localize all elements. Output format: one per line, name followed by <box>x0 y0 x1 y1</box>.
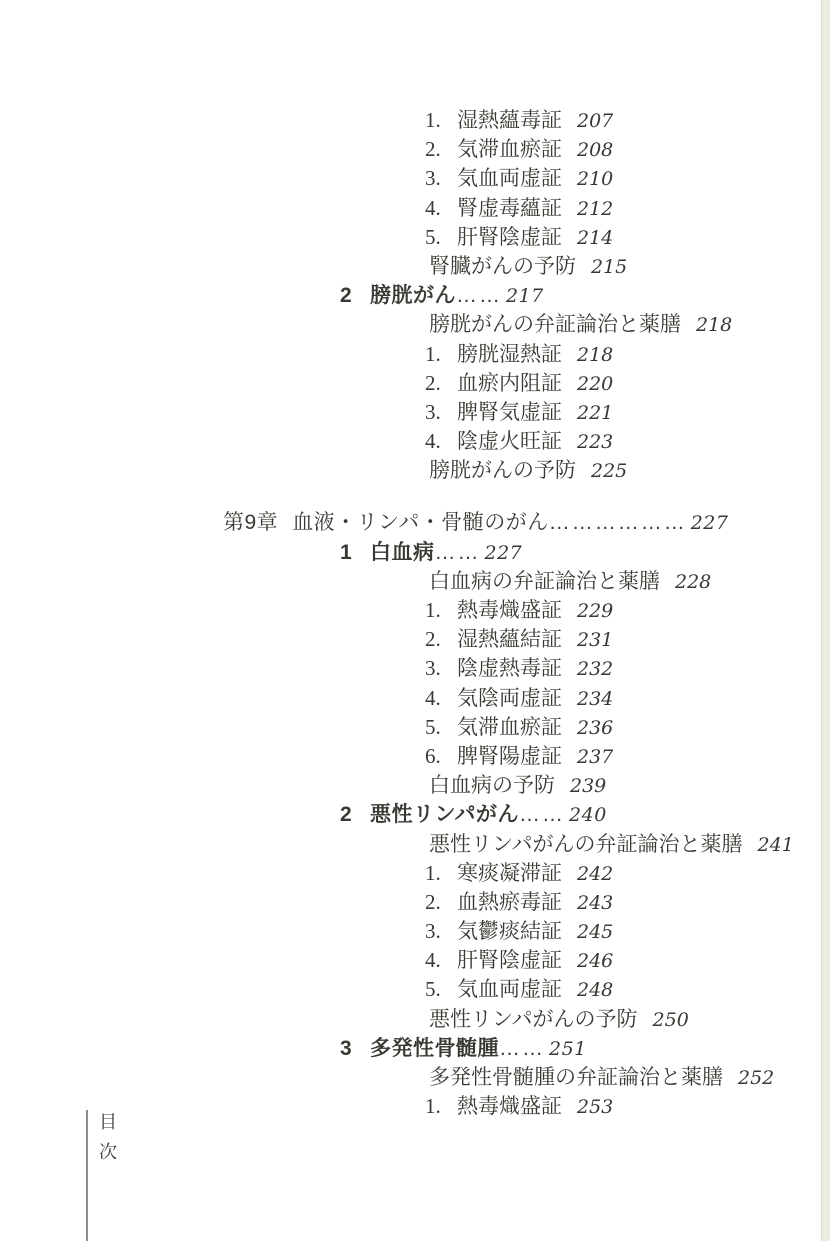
entry-title: 血液・リンパ・骨髄のがん <box>292 511 549 534</box>
toc-entry-plain: 白血病の予防239 <box>0 771 822 800</box>
toc-spacer <box>0 485 822 508</box>
entry-page-number: 248 <box>577 979 613 1001</box>
toc-entry-item: 2.気滞血瘀証208 <box>0 135 822 164</box>
entry-page-number: 236 <box>577 717 613 739</box>
entry-page-number: 217 <box>506 285 544 307</box>
entry-title: 悪性リンパがんの予防 <box>429 1007 638 1031</box>
toc-entry-item: 3.脾腎気虚証221 <box>0 398 822 427</box>
book-toc-page: 1.湿熱蘊毒証2072.気滞血瘀証2083.気血両虚証2104.腎虚毒蘊証212… <box>0 0 830 1241</box>
entry-title: 血熱瘀毒証 <box>457 890 562 914</box>
entry-page-number: 253 <box>577 1096 613 1118</box>
entry-number: 3 <box>340 1034 370 1063</box>
entry-title: 肝腎陰虚証 <box>457 948 562 972</box>
entry-page-number: 227 <box>485 542 523 564</box>
toc-entry-item: 4.肝腎陰虚証246 <box>0 946 822 975</box>
entry-page-number: 207 <box>577 110 613 132</box>
entry-number: 3. <box>425 398 457 427</box>
entry-page-number: 232 <box>577 658 613 680</box>
entry-number: 3. <box>425 654 457 683</box>
entry-title: 気鬱痰結証 <box>457 919 562 943</box>
entry-page-number: 246 <box>577 950 613 972</box>
entry-number: 1. <box>425 340 457 369</box>
entry-number: 2. <box>425 625 457 654</box>
entry-title: 脾腎気虚証 <box>457 400 562 424</box>
entry-number: 6. <box>425 742 457 771</box>
toc-entry-plain: 悪性リンパがんの予防250 <box>0 1005 822 1034</box>
entry-title: 気滞血瘀証 <box>457 715 562 739</box>
entry-number: 2. <box>425 369 457 398</box>
toc-entry-item: 5.気血両虚証248 <box>0 975 822 1004</box>
entry-title: 腎虚毒蘊証 <box>457 196 562 220</box>
entry-title: 気滞血瘀証 <box>457 137 562 161</box>
toc-entry-plain: 膀胱がんの弁証論治と薬膳218 <box>0 310 822 339</box>
entry-title: 悪性リンパがんの弁証論治と薬膳 <box>429 832 743 856</box>
toc-entry-section: 2膀胱がん……217 <box>0 281 822 310</box>
toc-entry-plain: 悪性リンパがんの弁証論治と薬膳241 <box>0 830 822 859</box>
entry-title: 膀胱湿熱証 <box>457 342 562 366</box>
entry-number: 3. <box>425 917 457 946</box>
toc-entry-item: 1.膀胱湿熱証218 <box>0 340 822 369</box>
entry-page-number: 237 <box>577 746 613 768</box>
entry-number: 2. <box>425 888 457 917</box>
entry-title: 陰虚熱毒証 <box>457 656 562 680</box>
page-edge-band <box>821 0 830 1241</box>
entry-page-number: 231 <box>577 629 613 651</box>
entry-page-number: 229 <box>577 600 613 622</box>
entry-page-number: 242 <box>577 863 613 885</box>
entry-number: 1. <box>425 596 457 625</box>
toc-entry-item: 1.熱毒熾盛証229 <box>0 596 822 625</box>
entry-page-number: 239 <box>570 775 606 797</box>
entry-number: 1. <box>425 1092 457 1121</box>
entry-title: 血瘀内阻証 <box>457 371 562 395</box>
entry-number: 第9章 <box>223 508 278 537</box>
entry-title: 悪性リンパがん <box>370 803 519 826</box>
entry-page-number: 225 <box>591 460 627 482</box>
dot-leader: …… <box>519 803 565 826</box>
entry-title: 白血病の弁証論治と薬膳 <box>429 569 660 593</box>
entry-title: 白血病の予防 <box>429 773 555 797</box>
entry-title: 気陰両虚証 <box>457 686 562 710</box>
entry-title: 気血両虚証 <box>457 166 562 190</box>
entry-title: 湿熱蘊結証 <box>457 627 562 651</box>
entry-title: 膀胱がんの予防 <box>429 458 576 482</box>
dot-leader: …… <box>499 1037 545 1060</box>
toc-entry-item: 3.陰虚熱毒証232 <box>0 654 822 683</box>
entry-page-number: 218 <box>696 314 732 336</box>
toc-entry-item: 2.湿熱蘊結証231 <box>0 625 822 654</box>
entry-page-number: 241 <box>758 834 794 856</box>
toc-entry-item: 2.血瘀内阻証220 <box>0 369 822 398</box>
toc-list: 1.湿熱蘊毒証2072.気滞血瘀証2083.気血両虚証2104.腎虚毒蘊証212… <box>0 106 822 1121</box>
toc-entry-item: 4.陰虚火旺証223 <box>0 427 822 456</box>
entry-title: 熱毒熾盛証 <box>457 1094 562 1118</box>
toc-entry-section: 2悪性リンパがん……240 <box>0 800 822 829</box>
entry-number: 4. <box>425 427 457 456</box>
toc-entry-chapter: 第9章血液・リンパ・骨髄のがん………………227 <box>0 508 822 537</box>
toc-entry-item: 6.脾腎陽虚証237 <box>0 742 822 771</box>
entry-number: 4. <box>425 194 457 223</box>
entry-title: 白血病 <box>370 541 435 564</box>
entry-page-number: 212 <box>577 198 613 220</box>
entry-page-number: 208 <box>577 139 613 161</box>
entry-title: 多発性骨髄腫の弁証論治と薬膳 <box>429 1065 723 1089</box>
entry-page-number: 251 <box>549 1038 587 1060</box>
toc-entry-plain: 膀胱がんの予防225 <box>0 456 822 485</box>
entry-page-number: 210 <box>577 168 613 190</box>
entry-page-number: 215 <box>591 256 627 278</box>
entry-number: 2. <box>425 135 457 164</box>
entry-number: 5. <box>425 223 457 252</box>
entry-title: 陰虚火旺証 <box>457 429 562 453</box>
dot-leader: ……………… <box>549 511 687 534</box>
entry-number: 1. <box>425 106 457 135</box>
toc-entry-item: 5.気滞血瘀証236 <box>0 713 822 742</box>
dot-leader: …… <box>456 284 502 307</box>
toc-entry-plain: 白血病の弁証論治と薬膳228 <box>0 567 822 596</box>
entry-page-number: 220 <box>577 373 613 395</box>
entry-title: 脾腎陽虚証 <box>457 744 562 768</box>
entry-page-number: 245 <box>577 921 613 943</box>
entry-title: 膀胱がんの弁証論治と薬膳 <box>429 312 681 336</box>
dot-leader: …… <box>435 541 481 564</box>
entry-title: 腎臓がんの予防 <box>429 254 576 278</box>
toc-entry-item: 4.気陰両虚証234 <box>0 684 822 713</box>
toc-entry-item: 1.熱毒熾盛証253 <box>0 1092 822 1121</box>
entry-page-number: 252 <box>738 1067 774 1089</box>
entry-title: 熱毒熾盛証 <box>457 598 562 622</box>
sidebar-rule <box>86 1110 88 1241</box>
entry-number: 1 <box>340 538 370 567</box>
toc-entry-item: 1.湿熱蘊毒証207 <box>0 106 822 135</box>
entry-page-number: 240 <box>569 804 607 826</box>
entry-number: 5. <box>425 975 457 1004</box>
toc-entry-item: 4.腎虚毒蘊証212 <box>0 194 822 223</box>
sidebar-label: 目次 <box>94 1112 120 1172</box>
toc-entry-plain: 多発性骨髄腫の弁証論治と薬膳252 <box>0 1063 822 1092</box>
entry-page-number: 243 <box>577 892 613 914</box>
entry-number: 4. <box>425 946 457 975</box>
entry-page-number: 223 <box>577 431 613 453</box>
entry-title: 膀胱がん <box>370 284 456 307</box>
entry-title: 肝腎陰虚証 <box>457 225 562 249</box>
entry-number: 2 <box>340 800 370 829</box>
entry-number: 2 <box>340 281 370 310</box>
entry-page-number: 218 <box>577 344 613 366</box>
entry-title: 気血両虚証 <box>457 977 562 1001</box>
toc-entry-item: 1.寒痰凝滞証242 <box>0 859 822 888</box>
entry-title: 寒痰凝滞証 <box>457 861 562 885</box>
toc-entry-plain: 腎臓がんの予防215 <box>0 252 822 281</box>
toc-entry-section: 1白血病……227 <box>0 538 822 567</box>
entry-page-number: 214 <box>577 227 613 249</box>
entry-number: 3. <box>425 164 457 193</box>
entry-number: 4. <box>425 684 457 713</box>
toc-entry-item: 3.気鬱痰結証245 <box>0 917 822 946</box>
toc-entry-item: 5.肝腎陰虚証214 <box>0 223 822 252</box>
entry-page-number: 227 <box>691 512 729 534</box>
toc-entry-item: 3.気血両虚証210 <box>0 164 822 193</box>
entry-title: 多発性骨髄腫 <box>370 1037 499 1060</box>
entry-title: 湿熱蘊毒証 <box>457 108 562 132</box>
entry-number: 5. <box>425 713 457 742</box>
toc-entry-item: 2.血熱瘀毒証243 <box>0 888 822 917</box>
toc-entry-section: 3多発性骨髄腫……251 <box>0 1034 822 1063</box>
entry-page-number: 221 <box>577 402 613 424</box>
entry-page-number: 228 <box>675 571 711 593</box>
entry-page-number: 250 <box>653 1009 689 1031</box>
entry-page-number: 234 <box>577 688 613 710</box>
entry-number: 1. <box>425 859 457 888</box>
